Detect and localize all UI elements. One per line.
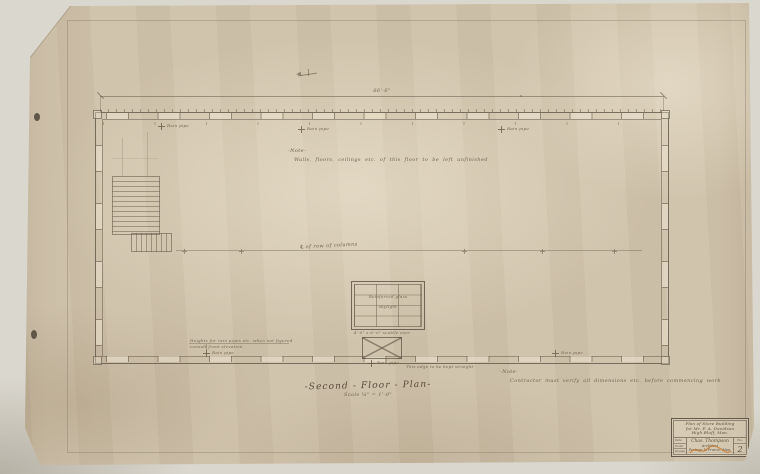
- skylight-grid: Reinforced glass skylight: [351, 281, 425, 330]
- dimension-line: [100, 96, 664, 97]
- note-underline: [189, 343, 289, 344]
- rain-pipe-label: Rain pipe: [377, 360, 399, 365]
- rain-pipe-marker: Rain pipe: [498, 126, 529, 133]
- photo-backdrop: 66'-6" ℄ of row of columns Reinforced gl…: [0, 0, 760, 474]
- note-contractor-title: -Note-: [500, 369, 518, 375]
- column-tick: [462, 249, 467, 254]
- corner-fold-crease: [30, 5, 71, 58]
- scuttle-label: 4'-0" x 6'-0" scuttle over: [342, 330, 422, 335]
- note-unfinished-title: -Note-: [288, 148, 306, 154]
- north-arrow-head: [296, 72, 302, 77]
- project-line3: High Bluff, Man.: [674, 431, 746, 436]
- info-row-drawn: Drawn: [674, 449, 686, 454]
- plus-icon: [498, 126, 505, 133]
- title-block: Plan of Store Building for Mr. F. A. Dav…: [671, 418, 749, 457]
- plus-icon: [552, 350, 559, 357]
- drawing-sheet: 66'-6" ℄ of row of columns Reinforced gl…: [0, 0, 760, 474]
- plus-icon: [368, 360, 375, 367]
- rain-pipe-label: Rain pipe: [167, 123, 189, 128]
- skylight-label-line1: Reinforced glass: [360, 294, 416, 299]
- title-block-info-rows: Date Scale Drawn: [674, 438, 687, 454]
- rain-pipe-label: Rain pipe: [307, 126, 329, 131]
- punch-hole: [31, 330, 37, 339]
- plus-icon: [298, 126, 305, 133]
- column-tick: [612, 249, 617, 254]
- staircase-lower-flight: [131, 233, 172, 252]
- column-tick: [540, 249, 545, 254]
- dimension-chain-ticks: [100, 109, 664, 112]
- punch-hole: [34, 113, 40, 121]
- rain-pipe-marker: Rain pipe: [158, 123, 189, 130]
- plan-scale: Scale ¼" = 1'-0": [320, 392, 416, 398]
- rain-pipe-marker: Rain pipe: [298, 126, 329, 133]
- column-tick: [182, 249, 187, 254]
- rain-pipe-label: Rain pipe: [561, 350, 583, 355]
- paper-speck: [45, 12, 48, 15]
- sketch-line: [122, 138, 123, 176]
- rain-pipe-label: Rain pipe: [212, 350, 234, 355]
- sketch-line: [112, 158, 158, 159]
- rain-pipe-marker: Rain pipe: [552, 350, 583, 357]
- title-block-lower: Date Scale Drawn Chas. Thompson Architec…: [674, 438, 746, 454]
- rain-pipe-marker: Rain pipe: [368, 360, 399, 367]
- staircase-upper-flight: [112, 176, 160, 235]
- plus-icon: [203, 350, 210, 357]
- north-arrow-flag: [308, 69, 309, 76]
- north-arrow-icon: [296, 68, 320, 80]
- sketch-line: [147, 132, 148, 176]
- approval-stamp-icon: [688, 444, 732, 456]
- wall-left-windows: [96, 116, 102, 360]
- note-leader: [206, 344, 207, 351]
- sheet-number: 2: [734, 444, 746, 454]
- column-tick: [239, 249, 244, 254]
- rainpipe-note-line2: consult front elevation: [190, 344, 243, 349]
- dimension-label: 66'-6": [352, 88, 412, 94]
- wall-right-windows: [662, 116, 668, 360]
- title-block-firm: Chas. Thompson Architect Portage la Prai…: [687, 438, 733, 454]
- roof-scuttle: [362, 337, 402, 359]
- plus-icon: [158, 123, 165, 130]
- rain-pipe-marker: Rain pipe: [203, 350, 234, 357]
- edge-note: This edge to be kept straight: [406, 364, 473, 369]
- skylight-label-line2: skylight: [360, 304, 416, 309]
- note-contractor-text: Contractor must verify all dimensions et…: [510, 378, 721, 384]
- column-centerline: [176, 250, 642, 251]
- title-block-project: Plan of Store Building for Mr. F. A. Dav…: [674, 421, 746, 438]
- title-block-sheet: No. 2: [733, 438, 746, 454]
- note-unfinished-text: Walls, floors, ceilings etc. of this flo…: [294, 157, 488, 163]
- title-block-inner: Plan of Store Building for Mr. F. A. Dav…: [673, 420, 747, 455]
- wall-top-windows: [98, 113, 664, 119]
- rain-pipe-label: Rain pipe: [507, 126, 529, 131]
